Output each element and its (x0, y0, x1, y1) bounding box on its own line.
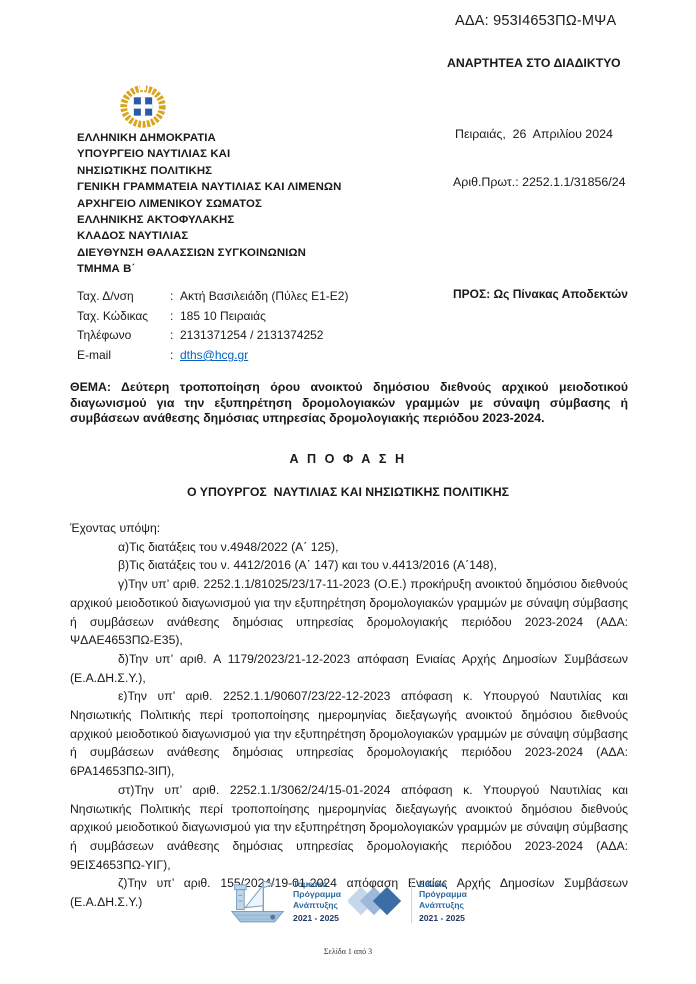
agency-line: ΕΛΛΗΝΙΚΗΣ ΑΚΤΟΦΥΛΑΚΗΣ (77, 212, 341, 228)
decision-title: Α Π Ο Φ Α Σ Η (0, 452, 696, 466)
sailboat-icon (229, 876, 286, 926)
development-program-logos: Τομεακό Πρόγραμμα Ανάπτυξης 2021 - 2025 … (0, 876, 696, 926)
legal-item-st: στ)Την υπ’ αριθ. 2252.1.1/3062/24/15-01-… (70, 781, 628, 875)
legal-intro: Έχοντας υπόψη: (70, 519, 628, 538)
contact-label: E-mail (77, 346, 170, 366)
recipient-line: ΠΡΟΣ: Ως Πίνακας Αποδεκτών (453, 287, 628, 301)
contact-label: Ταχ. Δ/νση (77, 287, 170, 307)
logo-divider (411, 879, 412, 923)
email-link[interactable]: dths@hcg.gr (180, 346, 248, 366)
protocol-number: Αριθ.Πρωτ.: 2252.1.1/31856/24 (453, 175, 625, 189)
legal-item-e: ε)Την υπ’ αριθ. 2252.1.1/90607/23/22-12-… (70, 687, 628, 781)
contact-colon: : (170, 287, 180, 307)
agency-line: ΔΙΕΥΘΥΝΣΗ ΘΑΛΑΣΣΙΩΝ ΣΥΓΚΟΙΝΩΝΙΩΝ (77, 245, 341, 261)
legal-item-c: γ)Την υπ’ αριθ. 2252.1.1/81025/23/17-11-… (70, 575, 628, 650)
contact-value: Ακτή Βασιλειάδη (Πύλες Ε1-Ε2) (180, 287, 348, 307)
legal-considerations-block: Έχοντας υπόψη: α)Τις διατάξεις του ν.494… (70, 519, 628, 912)
agency-line: ΤΜΗΜΑ Β΄ (77, 261, 341, 277)
recipient-value: Ως Πίνακας Αποδεκτών (490, 287, 628, 301)
issuing-authority-block: ΕΛΛΗΝΙΚΗ ΔΗΜΟΚΡΑΤΙΑ ΥΠΟΥΡΓΕΙΟ ΝΑΥΤΙΛΙΑΣ … (77, 130, 341, 278)
tomeako-program-label: Τομεακό Πρόγραμμα Ανάπτυξης 2021 - 2025 (293, 879, 341, 923)
decision-issuer: Ο ΥΠΟΥΡΓΟΣ ΝΑΥΤΙΛΙΑΣ ΚΑΙ ΝΗΣΙΩΤΙΚΗΣ ΠΟΛΙ… (0, 485, 696, 499)
recipient-label: ΠΡΟΣ: (453, 287, 490, 301)
legal-item-b: β)Τις διατάξεις του ν. 4412/2016 (Α΄ 147… (70, 556, 628, 575)
contact-row-phone: Τηλέφωνο : 2131371254 / 2131374252 (77, 326, 348, 346)
ethniko-program-label: Εθνικό Πρόγραμμα Ανάπτυξης 2021 - 2025 (419, 879, 467, 923)
subject-paragraph: ΘΕΜΑ: Δεύτερη τροποποίηση όρου ανοικτού … (70, 380, 628, 427)
contact-row-email: E-mail : dths@hcg.gr (77, 346, 348, 366)
document-page: ΑΔΑ: 953Ι4653ΠΩ-ΜΨΑ ΑΝΑΡΤΗΤΕΑ ΣΤΟ ΔΙΑΔΙΚ… (0, 0, 696, 984)
contact-value: 185 10 Πειραιάς (180, 307, 266, 327)
agency-line: ΓΕΝΙΚΗ ΓΡΑΜΜΑΤΕΙΑ ΝΑΥΤΙΛΙΑΣ ΚΑΙ ΛΙΜΕΝΩΝ (77, 179, 341, 195)
agency-line: ΕΛΛΗΝΙΚΗ ΔΗΜΟΚΡΑΤΙΑ (77, 130, 341, 146)
page-number: Σελίδα 1 από 3 (0, 947, 696, 956)
agency-line: ΥΠΟΥΡΓΕΙΟ ΝΑΥΤΙΛΙΑΣ ΚΑΙ (77, 146, 341, 162)
tomeako-years: 2021 - 2025 (293, 913, 341, 924)
contact-value: 2131371254 / 2131374252 (180, 326, 323, 346)
contact-colon: : (170, 346, 180, 366)
contact-label: Τηλέφωνο (77, 326, 170, 346)
place-and-date: Πειραιάς, 26 Απριλίου 2024 (455, 127, 613, 141)
legal-item-a: α)Τις διατάξεις του ν.4948/2022 (Α΄ 125)… (70, 538, 628, 557)
contact-row-address: Ταχ. Δ/νση : Ακτή Βασιλειάδη (Πύλες Ε1-Ε… (77, 287, 348, 307)
contact-info-block: Ταχ. Δ/νση : Ακτή Βασιλειάδη (Πύλες Ε1-Ε… (77, 287, 348, 366)
contact-colon: : (170, 326, 180, 346)
agency-line: ΝΗΣΙΩΤΙΚΗΣ ΠΟΛΙΤΙΚΗΣ (77, 163, 341, 179)
contact-colon: : (170, 307, 180, 327)
agency-line: ΑΡΧΗΓΕΙΟ ΛΙΜΕΝΙΚΟΥ ΣΩΜΑΤΟΣ (77, 196, 341, 212)
legal-item-d: δ)Την υπ’ αριθ. Α 1179/2023/21-12-2023 α… (70, 650, 628, 687)
publish-notice: ΑΝΑΡΤΗΤΕΑ ΣΤΟ ΔΙΑΔΙΚΤΥΟ (447, 56, 621, 70)
chevron-arrows-icon (348, 877, 404, 925)
contact-label: Ταχ. Κώδικας (77, 307, 170, 327)
agency-line: ΚΛΑΔΟΣ ΝΑΥΤΙΛΙΑΣ (77, 228, 341, 244)
ada-number: ΑΔΑ: 953Ι4653ΠΩ-ΜΨΑ (455, 13, 616, 29)
contact-row-postal-code: Ταχ. Κώδικας : 185 10 Πειραιάς (77, 307, 348, 327)
ethniko-years: 2021 - 2025 (419, 913, 467, 924)
greek-national-emblem-icon (116, 83, 170, 130)
